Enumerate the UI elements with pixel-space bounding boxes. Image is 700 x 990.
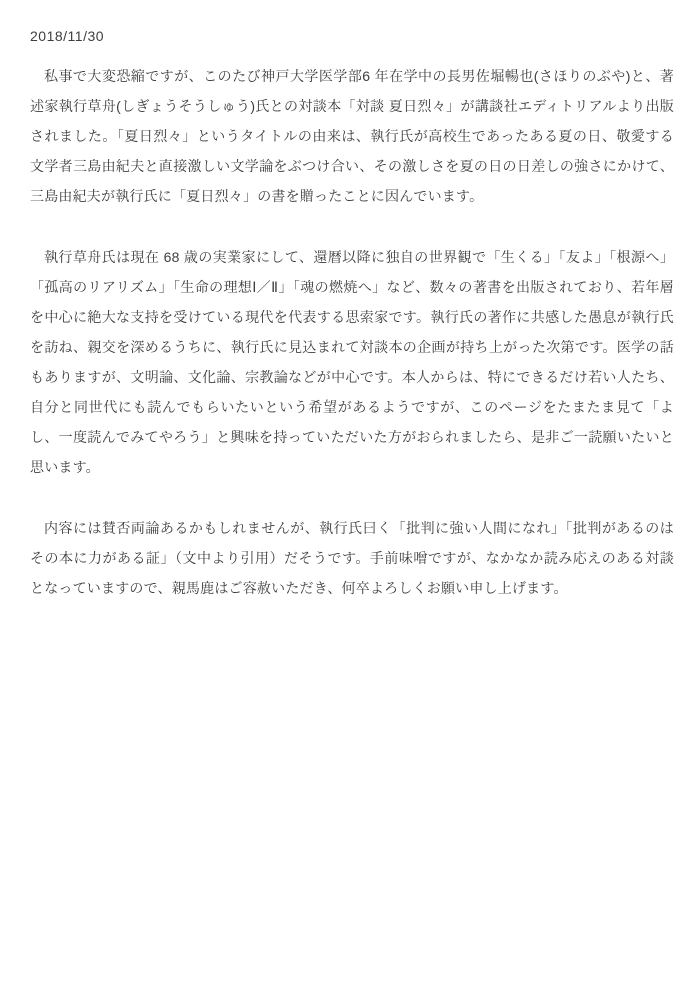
document-date: 2018/11/30 [30, 28, 674, 44]
document-page: 2018/11/30 私事で大変恐縮ですが、このたび神戸大学医学部6 年在学中の… [0, 0, 700, 990]
paragraph-author-introduction: 執行草舟氏は現在 68 歳の実業家にして、還暦以降に独自の世界観で「生くる」「友… [30, 242, 674, 482]
paragraph-book-announcement: 私事で大変恐縮ですが、このたび神戸大学医学部6 年在学中の長男佐堀暢也(さほりの… [30, 61, 674, 211]
paragraph-closing-remarks: 内容には賛否両論あるかもしれませんが、執行氏曰く「批判に強い人間になれ」「批判が… [30, 513, 674, 603]
